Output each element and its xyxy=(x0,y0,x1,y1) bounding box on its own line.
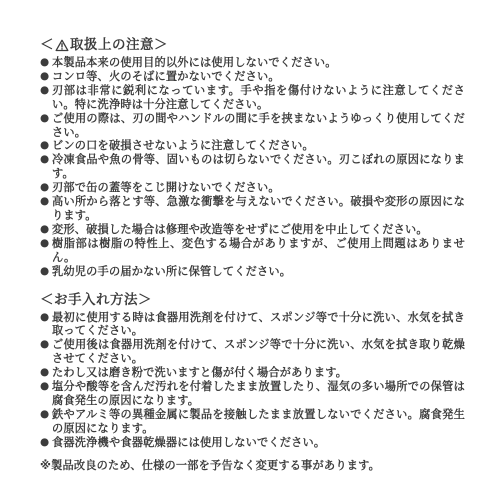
care-list-item: ● 塩分や酸等を含んだ汚れを付着したまま放置したり、湿気の多い場所での保管は腐食… xyxy=(40,380,465,408)
caution-item-text: コンロ等、火のそばに置かないでください。 xyxy=(52,70,465,84)
caution-item-text: 刃部は非常に鋭利になっています。手や指を傷付けないように注意してください。特に洗… xyxy=(52,84,465,112)
caution-list-item: ● 刃部は非常に鋭利になっています。手や指を傷付けないように注意してください。特… xyxy=(40,84,465,112)
care-item-text: 最初に使用する時は食器用洗剤を付けて、スポンジ等で十分に洗い、水気を拭き取ってく… xyxy=(52,311,465,339)
care-list-item: ● 最初に使用する時は食器用洗剤を付けて、スポンジ等で十分に洗い、水気を拭き取っ… xyxy=(40,311,465,339)
bullet-icon: ● xyxy=(40,311,52,339)
bullet-icon: ● xyxy=(40,56,52,70)
care-section-title: お手入れ方法 xyxy=(54,292,138,309)
caution-section-heading: ＜ 取扱上の注意 ＞ xyxy=(40,37,465,54)
caution-list-item: ● ご使用の際は、刃の間やハンドルの間に手を挟まないようゆっくり使用してください… xyxy=(40,112,465,140)
care-item-text: たわし又は磨き粉で洗いますと傷が付く場合があります。 xyxy=(52,366,465,380)
care-list-item: ● 食器洗浄機や食器乾燥器には使用しないでください。 xyxy=(40,436,465,450)
bullet-icon: ● xyxy=(40,436,52,450)
caution-item-text: ご使用の際は、刃の間やハンドルの間に手を挟まないようゆっくり使用してください。 xyxy=(52,112,465,140)
instructions-document: ＜ 取扱上の注意 ＞ ● 本製品本来の使用目的以外には使用しないでください。 ●… xyxy=(40,37,465,473)
care-list-item: ● ご使用後は食器用洗剤を付けて、スポンジ等で十分に洗い、水気を拭き取り乾燥させ… xyxy=(40,338,465,366)
caution-item-text: ビンの口を破損させないように注意してください。 xyxy=(52,139,465,153)
caution-list-item: ● 高い所から落とす等、急激な衝撃を与えないでください。破損や変形の原因になりま… xyxy=(40,195,465,223)
bullet-icon: ● xyxy=(40,195,52,223)
bullet-icon: ● xyxy=(40,237,52,265)
caution-item-text: 変形、破損した場合は修理や改造等をせずにご使用を中止してください。 xyxy=(52,223,465,237)
bullet-icon: ● xyxy=(40,139,52,153)
bullet-icon: ● xyxy=(40,408,52,436)
bullet-icon: ● xyxy=(40,112,52,140)
caution-section-title: 取扱上の注意 xyxy=(70,37,154,54)
bullet-icon: ● xyxy=(40,223,52,237)
caution-list-item: ● ビンの口を破損させないように注意してください。 xyxy=(40,139,465,153)
caution-bracket-close: ＞ xyxy=(154,37,168,54)
bullet-icon: ● xyxy=(40,153,52,181)
bullet-icon: ● xyxy=(40,181,52,195)
care-item-text: 食器洗浄機や食器乾燥器には使用しないでください。 xyxy=(52,436,465,450)
footnote-spacer xyxy=(40,450,465,459)
bullet-icon: ● xyxy=(40,366,52,380)
footnote: ※製品改良のため、仕様の一部を予告なく変更する事があります。 xyxy=(40,459,465,473)
caution-item-text: 高い所から落とす等、急激な衝撃を与えないでください。破損や変形の原因になります。 xyxy=(52,195,465,223)
care-item-text: ご使用後は食器用洗剤を付けて、スポンジ等で十分に洗い、水気を拭き取り乾燥させてく… xyxy=(52,338,465,366)
caution-list: ● 本製品本来の使用目的以外には使用しないでください。 ● コンロ等、火のそばに… xyxy=(40,56,465,279)
bullet-icon: ● xyxy=(40,380,52,408)
caution-list-item: ● 樹脂部は樹脂の特性上、変色する場合がありますが、ご使用上問題はありません。 xyxy=(40,237,465,265)
care-bracket-close: ＞ xyxy=(138,292,152,309)
caution-list-item: ● 本製品本来の使用目的以外には使用しないでください。 xyxy=(40,56,465,70)
care-list-item: ● 鉄やアルミ等の異種金属に製品を接触したまま放置しないでください。腐食発生の原… xyxy=(40,408,465,436)
caution-list-item: ● 変形、破損した場合は修理や改造等をせずにご使用を中止してください。 xyxy=(40,223,465,237)
caution-item-text: 本製品本来の使用目的以外には使用しないでください。 xyxy=(52,56,465,70)
bullet-icon: ● xyxy=(40,70,52,84)
caution-list-item: ● 乳幼児の手の届かない所に保管してください。 xyxy=(40,265,465,279)
bullet-icon: ● xyxy=(40,84,52,112)
caution-item-text: 刃部で缶の蓋等をこじ開けないでください。 xyxy=(52,181,465,195)
bullet-icon: ● xyxy=(40,265,52,279)
section-spacer xyxy=(40,279,465,292)
care-list-item: ● たわし又は磨き粉で洗いますと傷が付く場合があります。 xyxy=(40,366,465,380)
bullet-icon: ● xyxy=(40,338,52,366)
caution-list-item: ● 刃部で缶の蓋等をこじ開けないでください。 xyxy=(40,181,465,195)
caution-item-text: 冷凍食品や魚の骨等、固いものは切らないでください。刃こぼれの原因になります。 xyxy=(52,153,465,181)
caution-list-item: ● コンロ等、火のそばに置かないでください。 xyxy=(40,70,465,84)
caution-list-item: ● 冷凍食品や魚の骨等、固いものは切らないでください。刃こぼれの原因になります。 xyxy=(40,153,465,181)
care-list: ● 最初に使用する時は食器用洗剤を付けて、スポンジ等で十分に洗い、水気を拭き取っ… xyxy=(40,311,465,450)
caution-bracket-open: ＜ xyxy=(40,37,54,54)
care-item-text: 塩分や酸等を含んだ汚れを付着したまま放置したり、湿気の多い場所での保管は腐食発生… xyxy=(52,380,465,408)
care-section-heading: ＜ お手入れ方法 ＞ xyxy=(40,292,465,309)
care-bracket-open: ＜ xyxy=(40,292,54,309)
caution-item-text: 乳幼児の手の届かない所に保管してください。 xyxy=(52,265,465,279)
care-item-text: 鉄やアルミ等の異種金属に製品を接触したまま放置しないでください。腐食発生の原因に… xyxy=(52,408,465,436)
warning-triangle-icon xyxy=(55,39,69,52)
caution-item-text: 樹脂部は樹脂の特性上、変色する場合がありますが、ご使用上問題はありません。 xyxy=(52,237,465,265)
